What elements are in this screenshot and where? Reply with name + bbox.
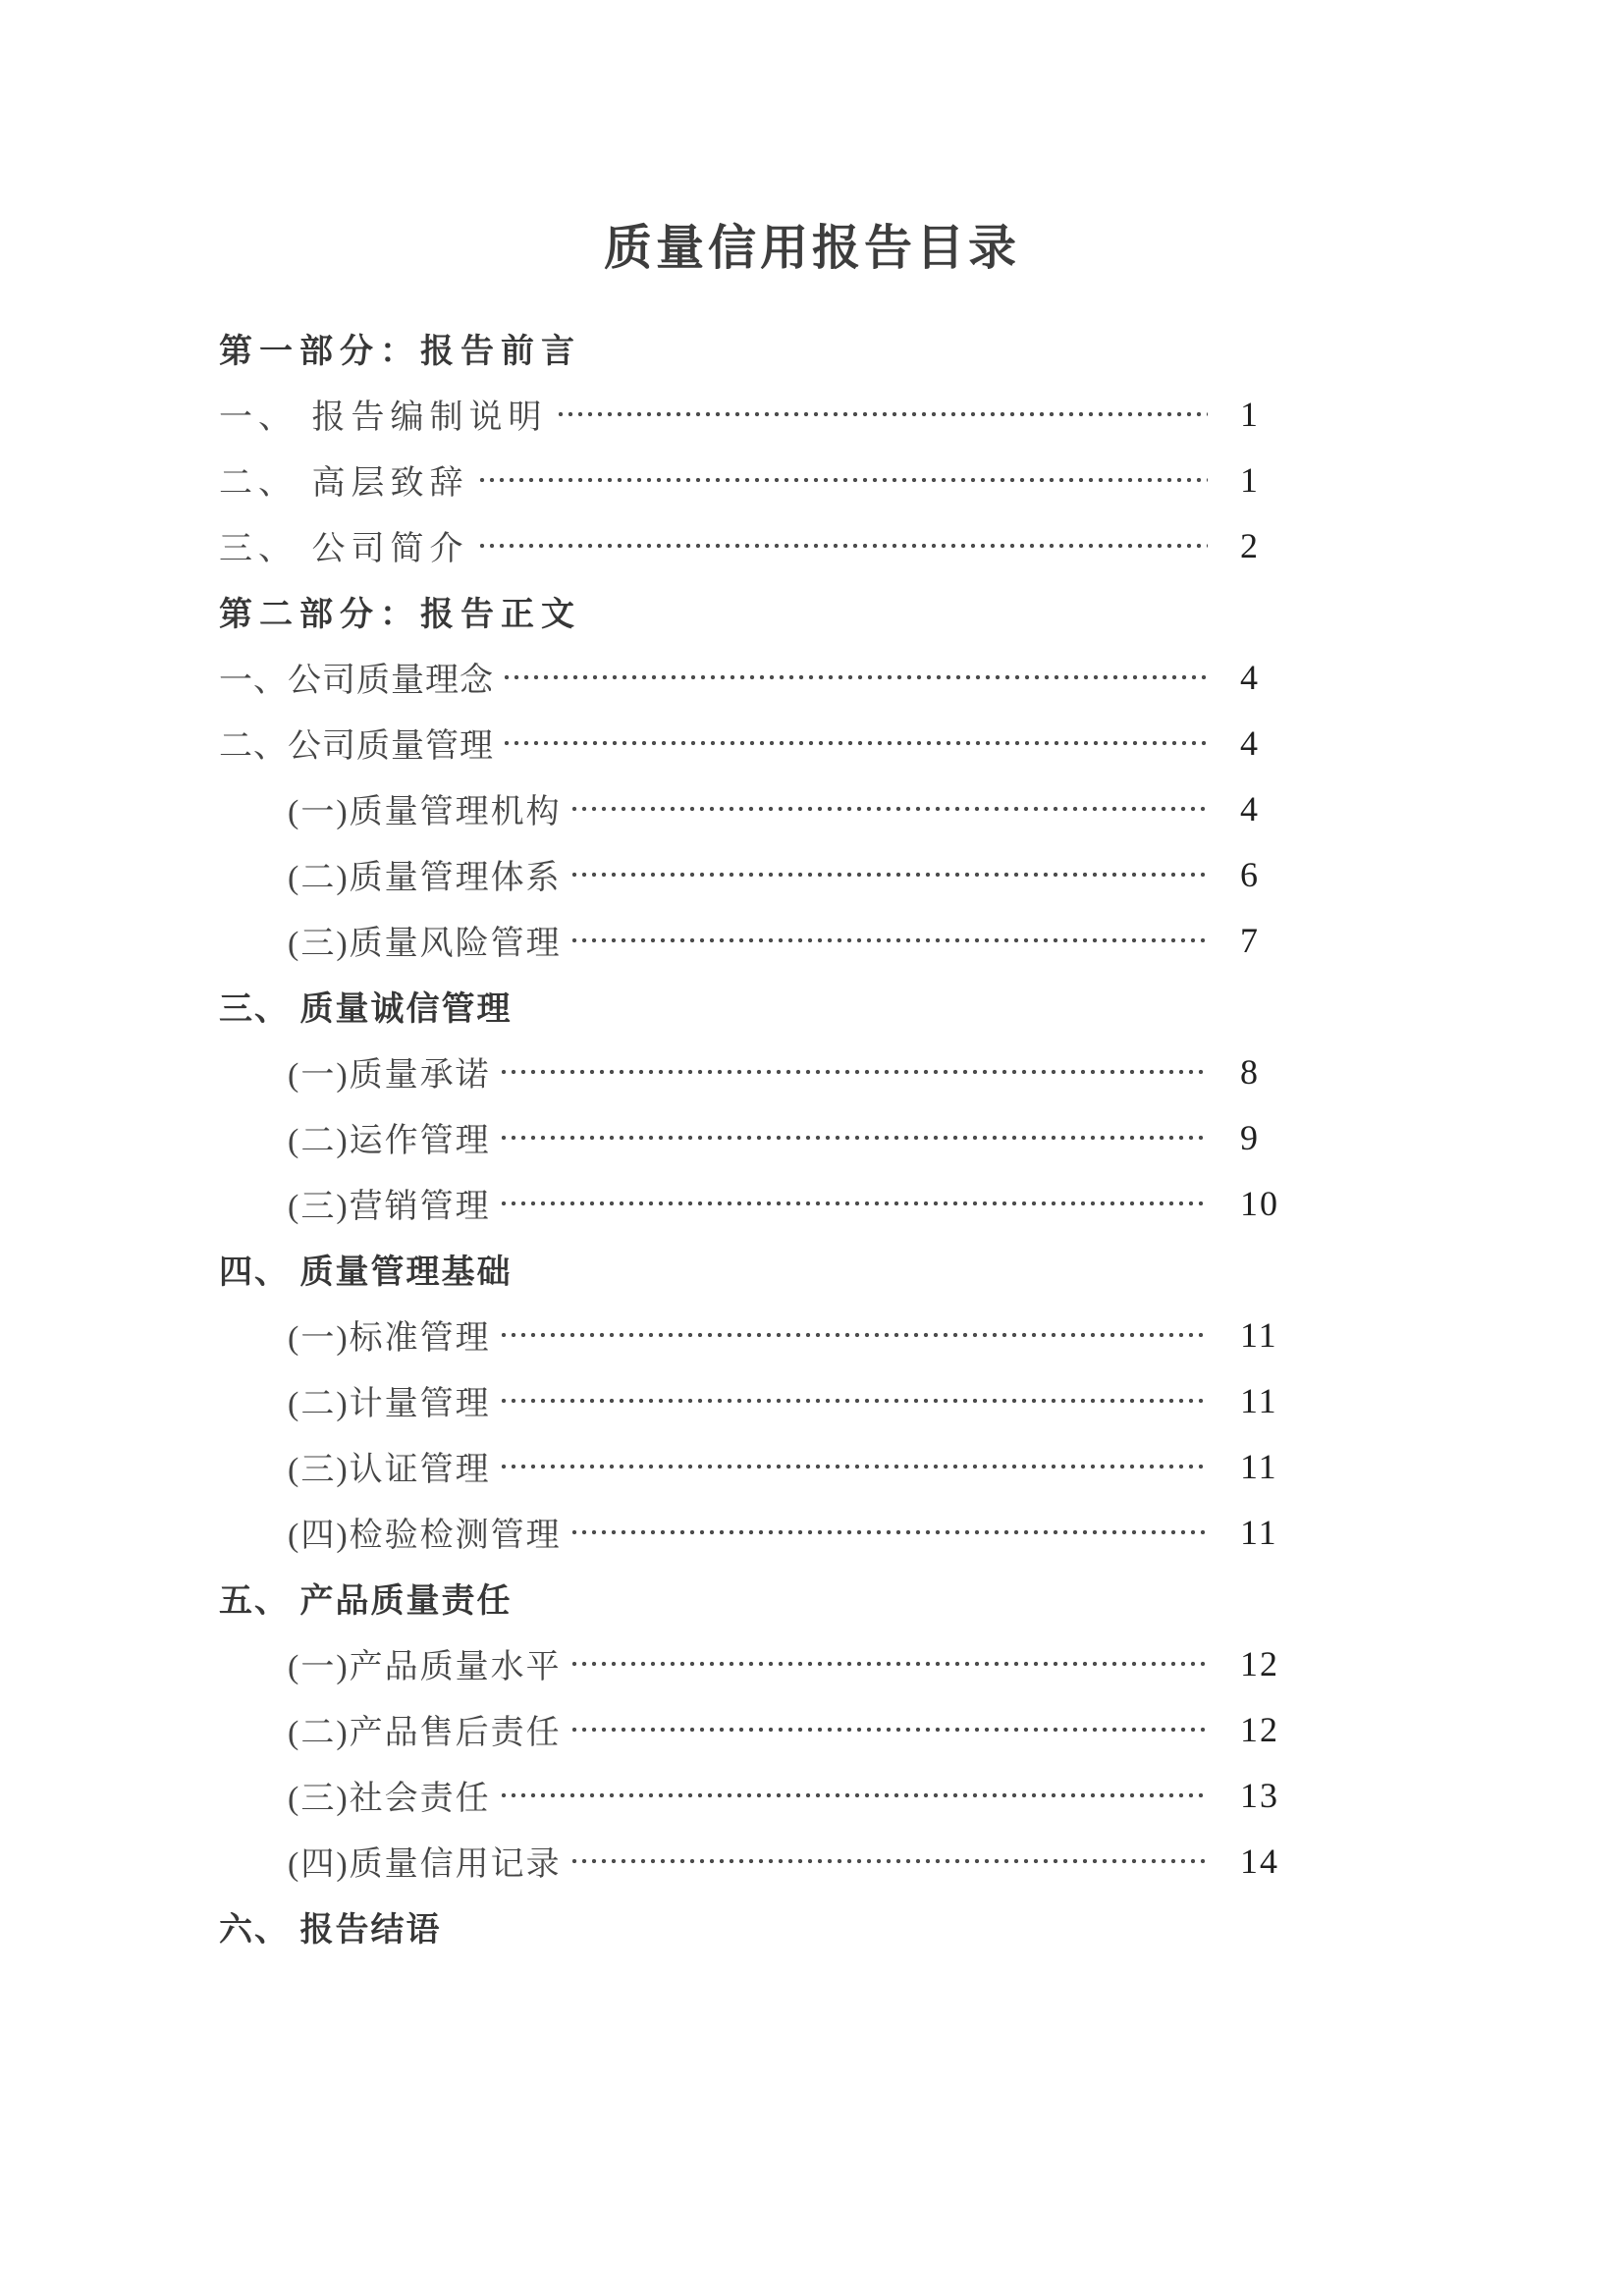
dot-leader xyxy=(502,644,1208,710)
dot-leader xyxy=(499,1762,1208,1828)
dot-leader xyxy=(569,1630,1208,1696)
toc-entry: 第一部分：报告前言 xyxy=(219,315,1306,381)
toc-entry: (二)运作管理 9 xyxy=(219,1104,1306,1170)
toc-entry-label: 三、 质量诚信管理 xyxy=(219,982,513,1030)
toc-entry-label: 一、 报告编制说明 xyxy=(219,390,548,438)
toc-entry: (二)计量管理 11 xyxy=(219,1367,1306,1433)
toc-entry: 五、 产品质量责任 xyxy=(219,1565,1306,1630)
toc-entry: (三)认证管理 11 xyxy=(219,1433,1306,1499)
toc-entry-label: (三)社会责任 xyxy=(288,1771,491,1819)
toc-entry-label: (四)检验检测管理 xyxy=(288,1508,562,1556)
toc-entry: (一)质量管理机构 4 xyxy=(219,775,1306,841)
toc-entry-label: (一)质量承诺 xyxy=(288,1047,491,1095)
toc-entry: 三、 质量诚信管理 xyxy=(219,973,1306,1039)
toc-entry-page: 11 xyxy=(1208,1512,1306,1553)
dot-leader xyxy=(569,1499,1208,1565)
dot-leader xyxy=(569,841,1208,907)
toc-entry: (三)质量风险管理 7 xyxy=(219,907,1306,973)
dot-leader xyxy=(569,907,1208,973)
toc-entry: (二)质量管理体系 6 xyxy=(219,841,1306,907)
toc-entry-label: 六、 报告结语 xyxy=(219,1902,442,1950)
toc-entry-page: 9 xyxy=(1208,1117,1306,1158)
toc-entry-page: 14 xyxy=(1208,1841,1306,1882)
toc-entry-page: 4 xyxy=(1208,722,1306,764)
toc-entry-page: 6 xyxy=(1208,854,1306,895)
toc-entry: (一)质量承诺 8 xyxy=(219,1039,1306,1104)
dot-leader xyxy=(569,775,1208,841)
toc-entry-label: (二)运作管理 xyxy=(288,1113,491,1161)
toc-entry-page: 1 xyxy=(1208,459,1306,501)
toc-entry: (一)产品质量水平 12 xyxy=(219,1630,1306,1696)
toc-entry-page: 11 xyxy=(1208,1446,1306,1487)
toc-entry-label: 五、 产品质量责任 xyxy=(219,1574,513,1622)
toc-entry-label: (一)标准管理 xyxy=(288,1310,491,1359)
dot-leader xyxy=(499,1367,1208,1433)
toc-entry-label: 二、 高层致辞 xyxy=(219,455,469,504)
toc-entry-page: 13 xyxy=(1208,1775,1306,1816)
toc-entry-label: (三)认证管理 xyxy=(288,1442,491,1490)
toc-entry: 二、 高层致辞 1 xyxy=(219,447,1306,512)
toc-entry-page: 4 xyxy=(1208,788,1306,829)
toc-entry-label: 第一部分：报告前言 xyxy=(219,324,581,372)
toc-entry-label: (一)产品质量水平 xyxy=(288,1639,562,1687)
toc-entry-page: 8 xyxy=(1208,1051,1306,1093)
toc-entry-label: (二)质量管理体系 xyxy=(288,850,562,898)
toc-entry-label: 第二部分：报告正文 xyxy=(219,587,581,635)
toc-entry-label: (二)计量管理 xyxy=(288,1376,491,1424)
toc-entry: 一、 报告编制说明 1 xyxy=(219,381,1306,447)
toc-entry: (一)标准管理 11 xyxy=(219,1302,1306,1367)
toc-entry-page: 7 xyxy=(1208,920,1306,961)
toc-entry-label: (三)质量风险管理 xyxy=(288,916,562,964)
toc-entry-page: 12 xyxy=(1208,1709,1306,1750)
toc-entry-page: 4 xyxy=(1208,657,1306,698)
dot-leader xyxy=(502,710,1208,775)
toc-entry-page: 11 xyxy=(1208,1380,1306,1421)
toc-entry-label: (四)质量信用记录 xyxy=(288,1837,562,1885)
toc-entry: 三、 公司简介 2 xyxy=(219,512,1306,578)
dot-leader xyxy=(499,1170,1208,1236)
dot-leader xyxy=(556,381,1209,447)
toc-entry-page: 12 xyxy=(1208,1643,1306,1684)
document-page: 质量信用报告目录 第一部分：报告前言 一、 报告编制说明 1 二、 高层致辞 1… xyxy=(0,0,1624,2296)
toc-entry: (二)产品售后责任 12 xyxy=(219,1696,1306,1762)
toc-entry: (四)检验检测管理 11 xyxy=(219,1499,1306,1565)
dot-leader xyxy=(477,447,1209,512)
toc-entry-label: 二、公司质量管理 xyxy=(219,719,494,767)
toc-entry-label: (一)质量管理机构 xyxy=(288,784,562,832)
toc-entry-page: 1 xyxy=(1208,394,1306,435)
dot-leader xyxy=(499,1302,1208,1367)
toc-entry-page: 10 xyxy=(1208,1183,1306,1224)
toc-entry-label: (二)产品售后责任 xyxy=(288,1705,562,1753)
toc-entry: (三)社会责任 13 xyxy=(219,1762,1306,1828)
toc-entry-label: 四、 质量管理基础 xyxy=(219,1245,513,1293)
dot-leader xyxy=(569,1828,1208,1894)
toc-list: 第一部分：报告前言 一、 报告编制说明 1 二、 高层致辞 1 三、 公司简介 … xyxy=(219,315,1306,1959)
dot-leader xyxy=(569,1696,1208,1762)
toc-entry: 四、 质量管理基础 xyxy=(219,1236,1306,1302)
dot-leader xyxy=(499,1433,1208,1499)
toc-entry: 二、公司质量管理 4 xyxy=(219,710,1306,775)
toc-entry: 第二部分：报告正文 xyxy=(219,578,1306,644)
toc-entry-label: 三、 公司简介 xyxy=(219,521,469,569)
dot-leader xyxy=(499,1039,1208,1104)
toc-entry: 一、公司质量理念 4 xyxy=(219,644,1306,710)
dot-leader xyxy=(477,512,1209,578)
dot-leader xyxy=(499,1104,1208,1170)
toc-entry-page: 2 xyxy=(1208,525,1306,566)
page-title: 质量信用报告目录 xyxy=(0,210,1624,279)
toc-entry: (四)质量信用记录 14 xyxy=(219,1828,1306,1894)
toc-entry: 六、 报告结语 xyxy=(219,1894,1306,1959)
toc-entry-page: 11 xyxy=(1208,1314,1306,1356)
toc-entry-label: 一、公司质量理念 xyxy=(219,653,494,701)
toc-entry: (三)营销管理 10 xyxy=(219,1170,1306,1236)
toc-entry-label: (三)营销管理 xyxy=(288,1179,491,1227)
